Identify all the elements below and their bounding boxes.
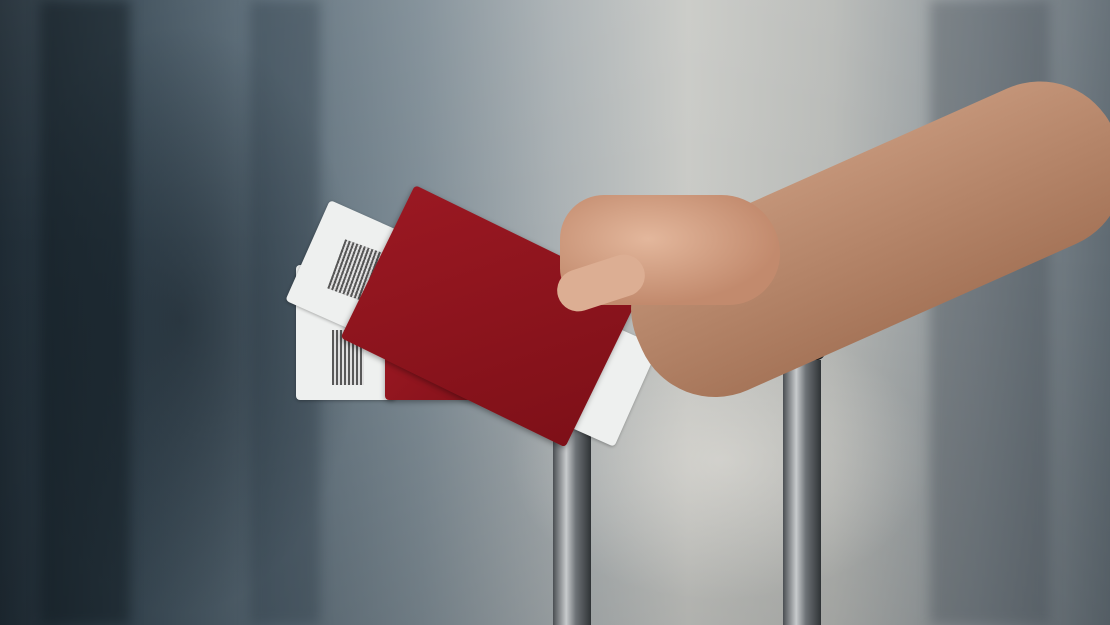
luggage-tube-right — [783, 360, 821, 625]
photo-scene: Hand holding two red passports and board… — [0, 0, 1110, 625]
background-pillar — [40, 0, 130, 625]
